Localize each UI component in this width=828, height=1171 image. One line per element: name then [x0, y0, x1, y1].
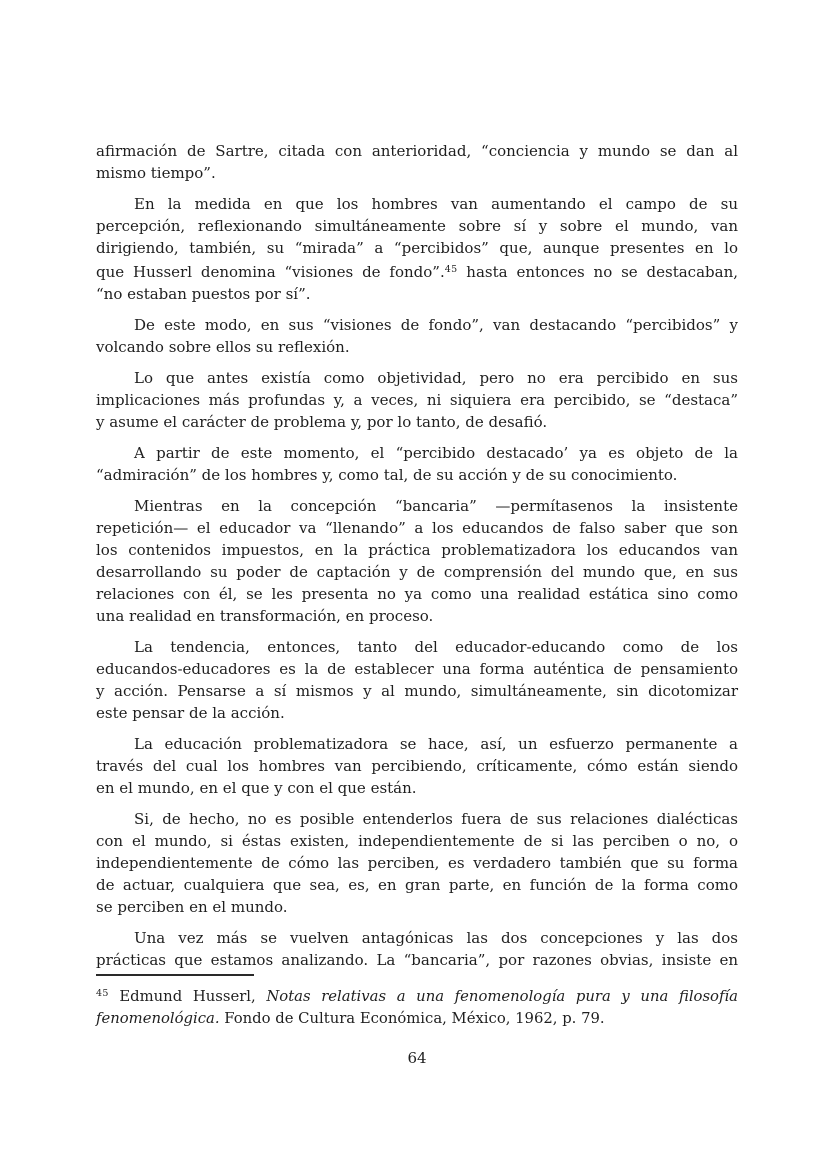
text-line: mismo tiempo”.	[96, 162, 738, 184]
footnote: 45 Edmund Husserl, Notas relativas a una…	[96, 983, 738, 1030]
text-line: repetición— el educador va “llenando” a …	[96, 517, 738, 539]
paragraph: La educación problematizadora se hace, a…	[96, 733, 738, 799]
paragraph: De este modo, en sus “visiones de fondo”…	[96, 314, 738, 358]
footnote-marker: 45	[96, 988, 109, 999]
paragraph: Lo que antes existía como objetividad, p…	[96, 367, 738, 433]
text-line: y asume el carácter de problema y, por l…	[96, 411, 738, 433]
footnote-line: fenomenológica. Fondo de Cultura Económi…	[96, 1008, 738, 1030]
text-line: que Husserl denomina “visiones de fondo”…	[96, 259, 738, 283]
text-line: dirigiendo, también, su “mirada” a “perc…	[96, 237, 738, 259]
text-line: afirmación de Sartre, citada con anterio…	[96, 140, 738, 162]
text-line: en el mundo, en el que y con el que está…	[96, 777, 738, 799]
footnote-text: Edmund Husserl,	[109, 988, 267, 1005]
text-line: de actuar, cualquiera que sea, es, en gr…	[96, 874, 738, 896]
paragraph: afirmación de Sartre, citada con anterio…	[96, 140, 738, 184]
document-page: afirmación de Sartre, citada con anterio…	[0, 0, 828, 1171]
paragraph: Una vez más se vuelven antagónicas las d…	[96, 927, 738, 971]
text-line: Lo que antes existía como objetividad, p…	[96, 367, 738, 389]
text-line: Una vez más se vuelven antagónicas las d…	[96, 927, 738, 949]
text-line: Si, de hecho, no es posible entenderlos …	[96, 808, 738, 830]
text-line: través del cual los hombres van percibie…	[96, 755, 738, 777]
text-line: percepción, reflexionando simultáneament…	[96, 215, 738, 237]
text-line: Mientras en la concepción “bancaria” —pe…	[96, 495, 738, 517]
paragraph: Mientras en la concepción “bancaria” —pe…	[96, 495, 738, 627]
text-line: “admiración” de los hombres y, como tal,…	[96, 464, 738, 486]
text-line: los contenidos impuestos, en la práctica…	[96, 539, 738, 561]
footnote-title-italic: Notas relativas a una fenomenología pura…	[266, 988, 738, 1005]
text-line: En la medida en que los hombres van aume…	[96, 193, 738, 215]
text-segment: que Husserl denomina “visiones de fondo”…	[96, 263, 445, 281]
page-number: 64	[96, 1047, 738, 1069]
text-line: La tendencia, entonces, tanto del educad…	[96, 636, 738, 658]
paragraph: En la medida en que los hombres van aume…	[96, 193, 738, 305]
text-line: se perciben en el mundo.	[96, 896, 738, 918]
text-line: implicaciones más profundas y, a veces, …	[96, 389, 738, 411]
body-text: afirmación de Sartre, citada con anterio…	[96, 140, 738, 971]
paragraph: Si, de hecho, no es posible entenderlos …	[96, 808, 738, 918]
text-line: volcando sobre ellos su reflexión.	[96, 336, 738, 358]
text-line: relaciones con él, se les presenta no ya…	[96, 583, 738, 605]
text-line: una realidad en transformación, en proce…	[96, 605, 738, 627]
text-line: La educación problematizadora se hace, a…	[96, 733, 738, 755]
footnote-separator	[96, 974, 254, 976]
text-line: De este modo, en sus “visiones de fondo”…	[96, 314, 738, 336]
text-line: con el mundo, si éstas existen, independ…	[96, 830, 738, 852]
text-line: prácticas que estamos analizando. La “ba…	[96, 949, 738, 971]
footnote-reference: 45	[445, 264, 458, 275]
text-segment: hasta entonces no se destacaban,	[457, 263, 738, 281]
paragraph: A partir de este momento, el “percibido …	[96, 442, 738, 486]
paragraph: La tendencia, entonces, tanto del educad…	[96, 636, 738, 724]
text-line: educandos-educadores es la de establecer…	[96, 658, 738, 680]
text-line: este pensar de la acción.	[96, 702, 738, 724]
footnote-title-italic: fenomenológica.	[96, 1010, 220, 1027]
text-line: desarrollando su poder de captación y de…	[96, 561, 738, 583]
text-line: y acción. Pensarse a sí mismos y al mund…	[96, 680, 738, 702]
footnote-text: Fondo de Cultura Económica, México, 1962…	[220, 1010, 605, 1027]
text-line: independientemente de cómo las perciben,…	[96, 852, 738, 874]
footnote-line: 45 Edmund Husserl, Notas relativas a una…	[96, 983, 738, 1008]
text-line: A partir de este momento, el “percibido …	[96, 442, 738, 464]
text-line: “no estaban puestos por sí”.	[96, 283, 738, 305]
